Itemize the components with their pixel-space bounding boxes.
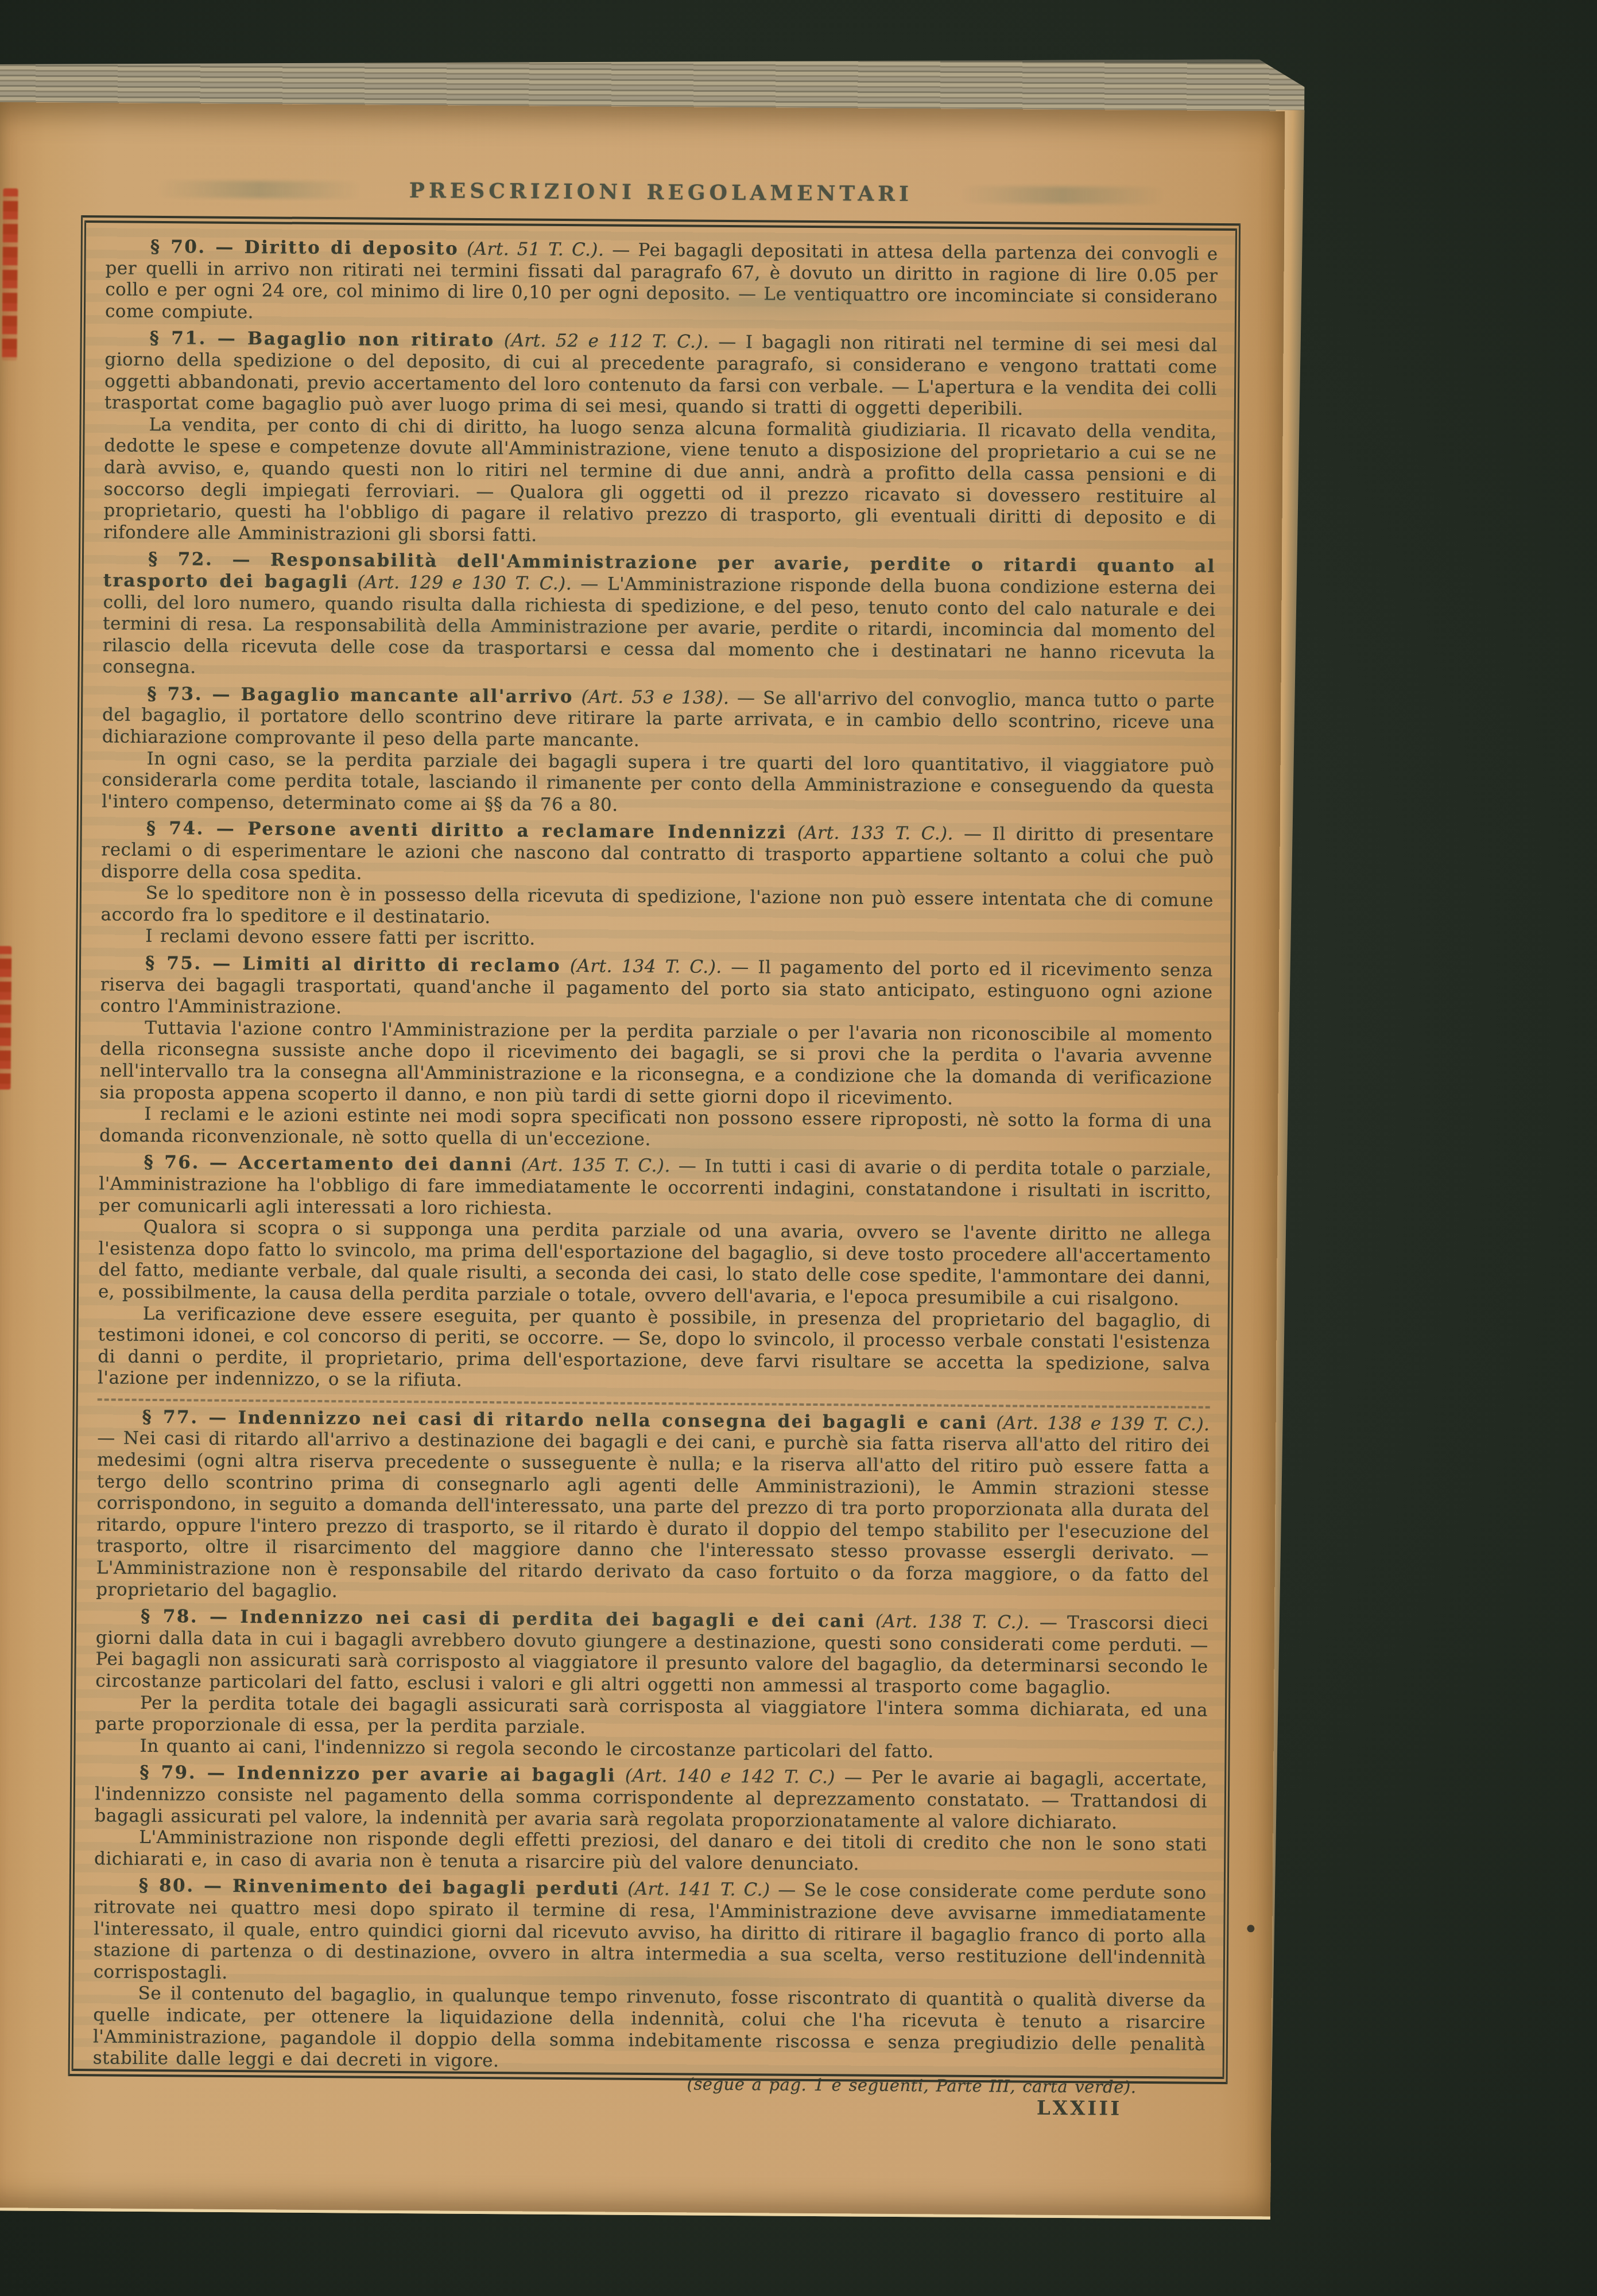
section-72: § 72. — Responsabilità dell'Amministrazi… <box>103 549 1216 686</box>
section-77: § 77. — Indennizzo nei casi di ritardo n… <box>96 1398 1210 1608</box>
section-lead: § 79. — Indennizzo per avarie ai bagagli… <box>95 1762 1208 1835</box>
section-heading: § 76. — Accertamento dei danni <box>144 1152 513 1175</box>
section-70: § 70. — Diritto di deposito (Art. 51 T. … <box>105 236 1218 330</box>
section-article-ref: (Art. 138 T. C.). <box>875 1611 1030 1633</box>
ink-spot <box>1247 1925 1254 1932</box>
section-75: § 75. — Limiti al diritto di reclamo (Ar… <box>99 952 1213 1154</box>
section-article-ref: (Art. 133 T. C.). <box>797 823 954 844</box>
regulations-frame: § 70. — Diritto di deposito (Art. 51 T. … <box>68 215 1241 2084</box>
section-paragraph: In ogni caso, se la perdita parziale dei… <box>102 748 1215 820</box>
section-lead: § 70. — Diritto di deposito (Art. 51 T. … <box>105 236 1218 330</box>
section-lead: § 71. — Bagaglio non ritirato (Art. 52 e… <box>104 328 1218 422</box>
section-article-ref: (Art. 51 T. C.). <box>467 239 604 261</box>
section-lead: § 77. — Indennizzo nei casi di ritardo n… <box>96 1406 1210 1608</box>
paper-sheet: PRESCRIZIONI REGOLAMENTARI § 70. — Dirit… <box>0 102 1285 2220</box>
section-lead: § 74. — Persone aventi diritto a reclama… <box>101 818 1214 890</box>
section-73: § 73. — Bagaglio mancante all'arrivo (Ar… <box>102 683 1215 820</box>
section-article-ref: (Art. 140 e 142 T. C.) <box>625 1766 835 1788</box>
section-78: § 78. — Indennizzo nei casi di perdita d… <box>95 1606 1208 1765</box>
section-paragraph: Se lo speditore non è in possesso della … <box>101 883 1214 934</box>
section-lead: § 80. — Rinvenimento dei bagagli perduti… <box>94 1875 1207 1991</box>
section-heading: § 70. — Diritto di deposito <box>150 236 459 259</box>
section-article-ref: (Art. 134 T. C.). <box>570 956 722 978</box>
section-article-ref: (Art. 141 T. C.) <box>627 1879 770 1901</box>
section-lead: § 73. — Bagaglio mancante all'arrivo (Ar… <box>102 683 1215 755</box>
section-paragraph: Per la perdita totale dei bagagli assicu… <box>95 1692 1208 1743</box>
section-heading: § 71. — Bagaglio non ritirato <box>150 328 495 351</box>
section-lead: § 78. — Indennizzo nei casi di perdita d… <box>95 1606 1208 1700</box>
section-80: § 80. — Rinvenimento dei bagagli perduti… <box>93 1875 1207 2077</box>
section-lead: § 75. — Limiti al diritto di reclamo (Ar… <box>100 952 1213 1025</box>
section-paragraph: I reclami e le azioni estinte nei modi s… <box>99 1103 1212 1154</box>
scanned-page-background: PRESCRIZIONI REGOLAMENTARI § 70. — Dirit… <box>0 0 1597 2296</box>
section-heading: § 74. — Persone aventi diritto a reclama… <box>146 818 787 843</box>
section-heading: § 79. — Indennizzo per avarie ai bagagli <box>139 1762 616 1786</box>
section-heading: § 73. — Bagaglio mancante all'arrivo <box>147 684 573 707</box>
section-paragraph: La verificazione deve essere eseguita, p… <box>98 1303 1211 1397</box>
section-article-ref: (Art. 129 e 130 T. C.). <box>357 572 572 594</box>
book-page: PRESCRIZIONI REGOLAMENTARI § 70. — Dirit… <box>0 51 1317 2218</box>
section-paragraph: — Nei casi di ritardo all'arrivo a desti… <box>96 1428 1210 1601</box>
section-heading: § 75. — Limiti al diritto di reclamo <box>145 953 561 976</box>
section-article-ref: (Art. 135 T. C.). <box>521 1155 670 1177</box>
running-head: PRESCRIZIONI REGOLAMENTARI <box>81 176 1241 208</box>
section-lead: § 72. — Responsabilità dell'Amministrazi… <box>103 549 1216 686</box>
red-edge-stain <box>0 946 11 1089</box>
section-paragraph: Tuttavia l'azione contro l'Amministrazio… <box>99 1017 1212 1111</box>
section-paragraph: Se il contenuto del bagaglio, in qualunq… <box>93 1983 1206 2077</box>
section-paragraph: L'Amministrazione non risponde degli eff… <box>94 1826 1207 1878</box>
section-lead: § 76. — Accertamento dei danni (Art. 135… <box>99 1152 1212 1224</box>
section-article-ref: (Art. 138 e 139 T. C.). <box>996 1413 1210 1435</box>
section-article-ref: (Art. 52 e 112 T. C.). <box>504 331 710 352</box>
section-paragraph: La vendita, per conto di chi di diritto,… <box>103 414 1217 551</box>
section-heading: § 80. — Rinvenimento dei bagagli perduti <box>139 1875 620 1899</box>
section-71: § 71. — Bagaglio non ritirato (Art. 52 e… <box>103 328 1218 551</box>
red-edge-stain <box>2 188 18 360</box>
section-79: § 79. — Indennizzo per avarie ai bagagli… <box>94 1762 1207 1878</box>
section-paragraph: Qualora si scopra o si supponga una perd… <box>98 1216 1211 1310</box>
section-74: § 74. — Persone aventi diritto a reclama… <box>100 818 1214 955</box>
section-76: § 76. — Accertamento dei danni (Art. 135… <box>98 1152 1212 1397</box>
section-article-ref: (Art. 53 e 138). <box>581 687 729 708</box>
